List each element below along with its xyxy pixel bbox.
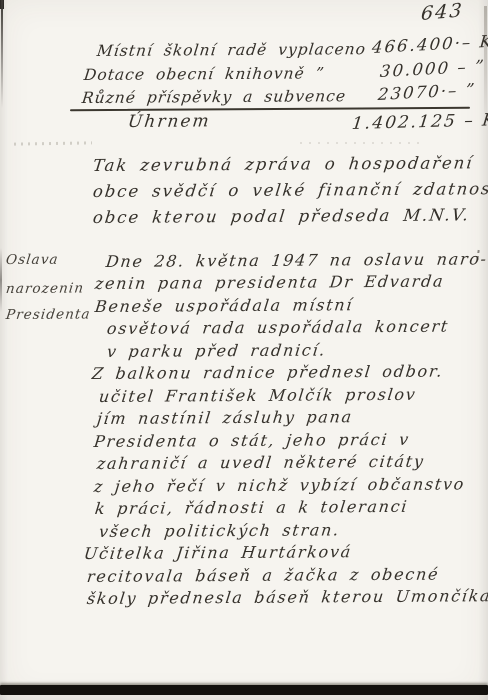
ledger-row-label: Dotace obecní knihovně ” [83, 64, 326, 84]
body-line: zenin pana presidenta Dr Edvarda [94, 272, 446, 293]
ledger-total-amount: 1.402.125 – Kč [351, 110, 488, 134]
ledger-row-label: Různé příspěvky a subvence [81, 87, 347, 107]
ledger-row-amount: 466.400·– Kč [371, 31, 488, 57]
body-line: z jeho řečí v nichž vybízí občanstvo [93, 474, 466, 496]
body-line: všech politických stran. [98, 520, 341, 541]
body-line: Dne 28. května 1947 na oslavu naro- [105, 249, 488, 271]
scan-left-edge-mark [1, 0, 3, 108]
pencil-smudge [300, 142, 420, 144]
summary-line: obce svědčí o velké finanční zdatnosti [92, 179, 488, 201]
body-line: Presidenta o stát, jeho práci v [93, 430, 411, 451]
document-page: 643 Místní školní radě vyplaceno 466.400… [0, 0, 488, 700]
body-line: školy přednesla báseň kterou Umončíka [86, 586, 488, 608]
ledger-row-amount: 23070·– ” [377, 80, 477, 104]
body-line: zahraničí a uvedl některé citáty [96, 452, 426, 473]
body-line: Beneše uspořádala místní [94, 295, 354, 316]
margin-note-line: Presidenta [5, 306, 92, 323]
ledger-row-label: Místní školní radě vyplaceno [96, 40, 367, 60]
body-line: Z balkonu radnice přednesl odbor. [91, 362, 445, 383]
scan-bottom-bar [0, 685, 488, 695]
body-line: recitovala báseň a žačka z obecné [86, 565, 440, 586]
ledger-row-amount: 30.000 – ” [379, 57, 486, 81]
page-number: 643 [420, 0, 464, 25]
body-line: Učitelka Jiřina Hurtárková [83, 542, 353, 563]
ledger-total-label: Úhrnem [127, 111, 212, 132]
body-line: osvětová rada uspořádala koncert [106, 317, 450, 338]
body-line: v parku před radnicí. [106, 340, 327, 361]
scan-left-edge-mark-lower [0, 248, 2, 312]
body-line: učitel František Molčík proslov [98, 385, 418, 406]
ledger-sum-rule [70, 107, 470, 111]
body-line: k práci, řádnosti a k toleranci [94, 497, 409, 518]
summary-line: obce kterou podal předseda M.N.V. [92, 205, 471, 227]
margin-note-line: narozenin [5, 280, 85, 297]
margin-note-line: Oslava [5, 252, 60, 268]
summary-line: Tak zevrubná zpráva o hospodaření [92, 153, 475, 175]
pencil-smudge [14, 141, 92, 145]
body-line: jím nastínil zásluhy pana [96, 407, 354, 428]
